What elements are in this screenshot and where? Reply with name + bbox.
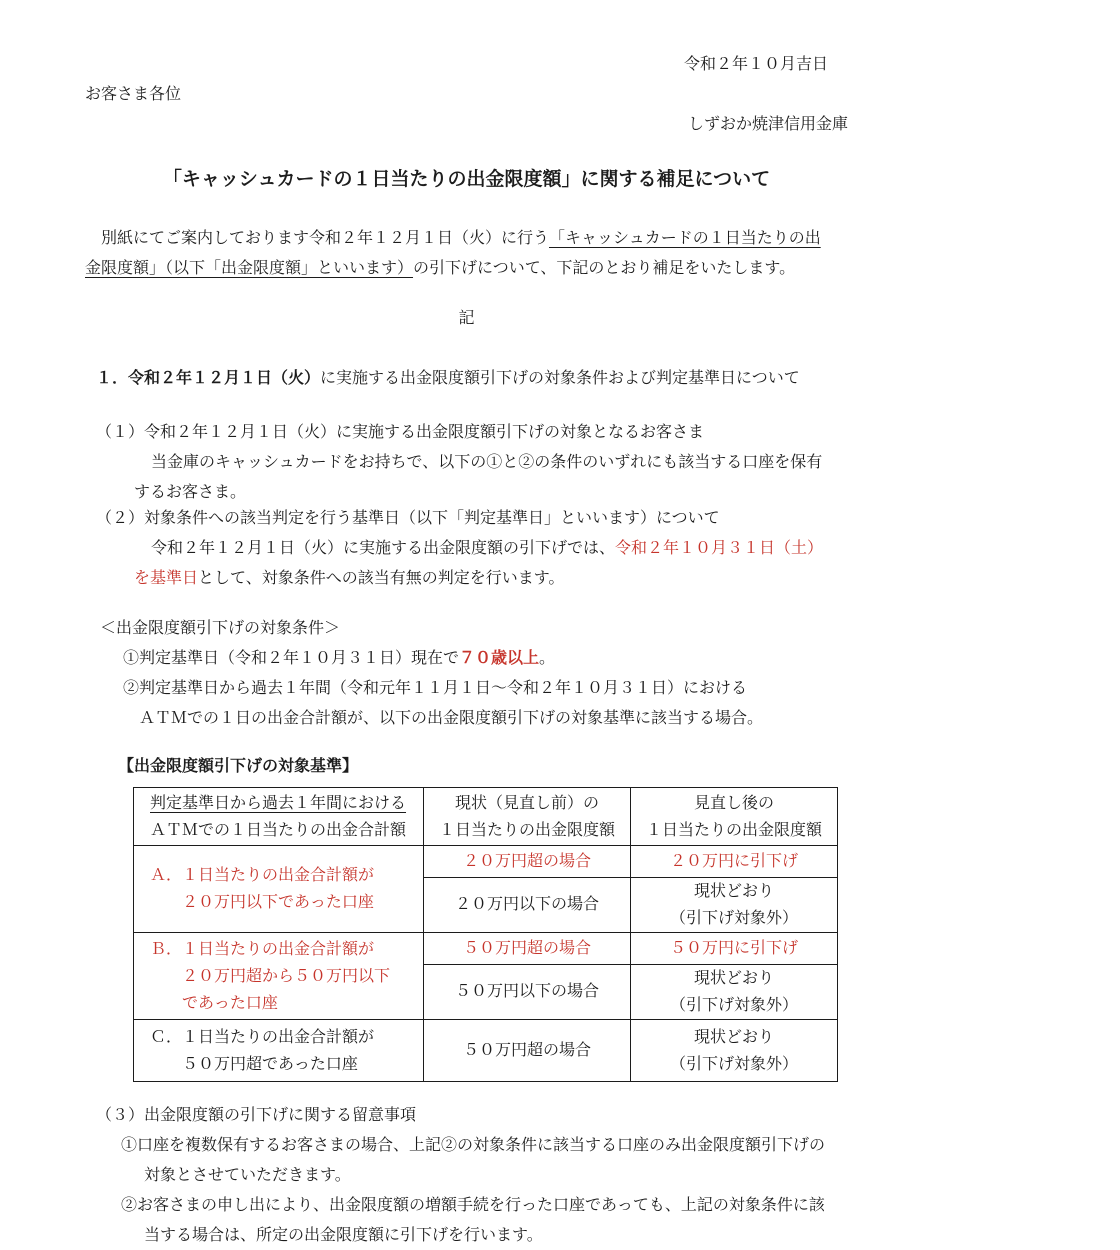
item-2-line-2: 令和２年１２月１日（火）に実施する出金限度額の引下げでは、令和２年１０月３１日（… <box>151 534 848 564</box>
table-header-row: 判定基準日から過去１年間における ＡＴＭでの１日当たりの出金合計額 現状（見直し… <box>134 788 838 846</box>
header-current-line-1: 現状（見直し前）の <box>424 790 630 817</box>
document-date: 令和２年１０月吉日 <box>85 50 848 80</box>
header-criteria-line-2: ＡＴＭでの１日当たりの出金合計額 <box>150 817 423 844</box>
base-date-red-text: を基準日 <box>134 570 198 587</box>
sender-name: しずおか焼津信用金庫 <box>85 110 848 140</box>
note-1-line-2: 対象とさせていただきます。 <box>144 1161 848 1191</box>
item-2-line-3: を基準日として、対象条件への該当有無の判定を行います。 <box>134 564 848 594</box>
conditions-block: ＜出金限度額引下げの対象条件＞ ①判定基準日（令和２年１０月３１日）現在で７０歳… <box>85 614 848 734</box>
note-2-line-2: 当する場合は、所定の出金限度額に引下げを行います。 <box>144 1221 848 1250</box>
row-b-label-cell: Ｂ．１日当たりの出金合計額が ２０万円超から５０万円以下 であった口座 <box>134 933 424 1020</box>
section-1-heading-text: に実施する出金限度額引下げの対象条件および判定基準日について <box>320 370 800 387</box>
intro-underlined-text: 金限度額」（以下「出金限度額」といいます） <box>85 260 413 277</box>
record-mark: 記 <box>85 304 848 334</box>
header-cell-revised-limit: 見直し後の １日当たりの出金限度額 <box>631 788 838 846</box>
table-caption: 【出金限度額引下げの対象基準】 <box>118 752 848 782</box>
intro-line-2: 金限度額」（以下「出金限度額」といいます）の引下げについて、下記のとおり補足をい… <box>85 254 848 284</box>
age-70-red-text: ７０歳以上 <box>459 650 539 667</box>
item-1-heading: （１）令和２年１２月１日（火）に実施する出金限度額引下げの対象となるお客さま <box>96 418 848 448</box>
condition-1: ①判定基準日（令和２年１０月３１日）現在で７０歳以上。 <box>123 644 848 674</box>
conditions-heading: ＜出金限度額引下げの対象条件＞ <box>100 614 848 644</box>
intro-underlined-text: 「キャッシュカードの１日当たりの出 <box>549 230 821 247</box>
row-c-label-cell: Ｃ．１日当たりの出金合計額が ５０万円超であった口座 <box>134 1020 424 1082</box>
document-title: 「キャッシュカードの１日当たりの出金限度額」に関する補足について <box>85 164 848 196</box>
row-a-label-line-2: ２０万円以下であった口座 <box>182 889 423 916</box>
item-1-block: （１）令和２年１２月１日（火）に実施する出金限度額引下げの対象となるお客さま 当… <box>85 418 848 508</box>
row-b-result-2-cell: 現状どおり （引下げ対象外） <box>631 965 838 1020</box>
item-2-heading: （２）対象条件への該当判定を行う基準日（以下「判定基準日」といいます）について <box>96 504 848 534</box>
section-1-date-bold: １．令和２年１２月１日（火） <box>96 370 320 387</box>
document-page: 令和２年１０月吉日 お客さま各位 しずおか焼津信用金庫 「キャッシュカードの１日… <box>85 0 848 1250</box>
row-c-result-line-2: （引下げ対象外） <box>631 1051 837 1078</box>
note-1-line-1: ①口座を複数保有するお客さまの場合、上記②の対象条件に該当する口座のみ出金限度額… <box>121 1131 848 1161</box>
condition-1-period: 。 <box>539 650 555 667</box>
addressee: お客さま各位 <box>85 80 848 110</box>
row-b-result-2-line-1: 現状どおり <box>631 965 837 992</box>
header-revised-line-1: 見直し後の <box>631 790 837 817</box>
condition-1-text: ①判定基準日（令和２年１０月３１日）現在で <box>123 650 459 667</box>
row-a-result-1-cell: ２０万円に引下げ <box>631 846 838 878</box>
row-b-label-line-2: ２０万円超から５０万円以下 <box>182 963 423 990</box>
intro-text: の引下げについて、下記のとおり補足をいたします。 <box>413 260 795 277</box>
header-cell-current-limit: 現状（見直し前）の １日当たりの出金限度額 <box>424 788 631 846</box>
condition-2-line-2: ＡＴＭでの１日の出金合計額が、以下の出金限度額引下げの対象基準に該当する場合。 <box>139 704 848 734</box>
row-a-result-2-line-1: 現状どおり <box>631 878 837 905</box>
row-b-label-line-3: であった口座 <box>182 990 423 1017</box>
note-2-line-1: ②お客さまの申し出により、出金限度額の増額手続を行った口座であっても、上記の対象… <box>121 1191 848 1221</box>
row-c-case-cell: ５０万円超の場合 <box>424 1020 631 1082</box>
intro-text: 別紙にてご案内しております令和２年１２月１日（火）に行う <box>85 230 549 247</box>
header-current-line-2: １日当たりの出金限度額 <box>424 817 630 844</box>
row-b-label-line-1: Ｂ．１日当たりの出金合計額が <box>150 936 423 963</box>
item-2-block: （２）対象条件への該当判定を行う基準日（以下「判定基準日」といいます）について … <box>85 504 848 594</box>
row-a-case-1-cell: ２０万円超の場合 <box>424 846 631 878</box>
item-1-line-2: 当金庫のキャッシュカードをお持ちで、以下の①と②の条件のいずれにも該当する口座を… <box>151 448 848 478</box>
header-revised-line-2: １日当たりの出金限度額 <box>631 817 837 844</box>
header-criteria-line-1: 判定基準日から過去１年間における <box>150 790 423 817</box>
row-a-label-cell: Ａ．１日当たりの出金合計額が ２０万円以下であった口座 <box>134 846 424 933</box>
row-c-label-line-1: Ｃ．１日当たりの出金合計額が <box>150 1024 423 1051</box>
base-date-red-text: 令和２年１０月３１日（土） <box>615 540 823 557</box>
row-a-label-line-1: Ａ．１日当たりの出金合計額が <box>150 862 423 889</box>
section-1-heading: １．令和２年１２月１日（火）に実施する出金限度額引下げの対象条件および判定基準日… <box>96 364 848 394</box>
intro-line-1: 別紙にてご案内しております令和２年１２月１日（火）に行う「キャッシュカードの１日… <box>85 224 848 254</box>
row-c-label-line-2: ５０万円超であった口座 <box>182 1051 423 1078</box>
row-c-result-line-1: 現状どおり <box>631 1024 837 1051</box>
item-3-block: （３）出金限度額の引下げに関する留意事項 ①口座を複数保有するお客さまの場合、上… <box>85 1101 848 1250</box>
header-cell-criteria: 判定基準日から過去１年間における ＡＴＭでの１日当たりの出金合計額 <box>134 788 424 846</box>
table-row-c: Ｃ．１日当たりの出金合計額が ５０万円超であった口座 ５０万円超の場合 現状どお… <box>134 1020 838 1082</box>
item-2-text: として、対象条件への該当有無の判定を行います。 <box>198 570 564 587</box>
row-a-case-2-cell: ２０万円以下の場合 <box>424 878 631 933</box>
row-b-result-1-cell: ５０万円に引下げ <box>631 933 838 965</box>
row-a-result-2-cell: 現状どおり （引下げ対象外） <box>631 878 838 933</box>
condition-2-line-1: ②判定基準日から過去１年間（令和元年１１月１日～令和２年１０月３１日）における <box>123 674 848 704</box>
row-c-result-cell: 現状どおり （引下げ対象外） <box>631 1020 838 1082</box>
row-b-case-1-cell: ５０万円超の場合 <box>424 933 631 965</box>
item-3-heading: （３）出金限度額の引下げに関する留意事項 <box>96 1101 848 1131</box>
item-2-text: 令和２年１２月１日（火）に実施する出金限度額の引下げでは、 <box>151 540 615 557</box>
table-row-a-case-1: Ａ．１日当たりの出金合計額が ２０万円以下であった口座 ２０万円超の場合 ２０万… <box>134 846 838 878</box>
row-a-result-2-line-2: （引下げ対象外） <box>631 905 837 932</box>
row-b-case-2-cell: ５０万円以下の場合 <box>424 965 631 1020</box>
row-b-result-2-line-2: （引下げ対象外） <box>631 992 837 1019</box>
withdrawal-limit-table: 判定基準日から過去１年間における ＡＴＭでの１日当たりの出金合計額 現状（見直し… <box>133 787 838 1082</box>
intro-paragraph: 別紙にてご案内しております令和２年１２月１日（火）に行う「キャッシュカードの１日… <box>85 224 848 284</box>
table-row-b-case-1: Ｂ．１日当たりの出金合計額が ２０万円超から５０万円以下 であった口座 ５０万円… <box>134 933 838 965</box>
